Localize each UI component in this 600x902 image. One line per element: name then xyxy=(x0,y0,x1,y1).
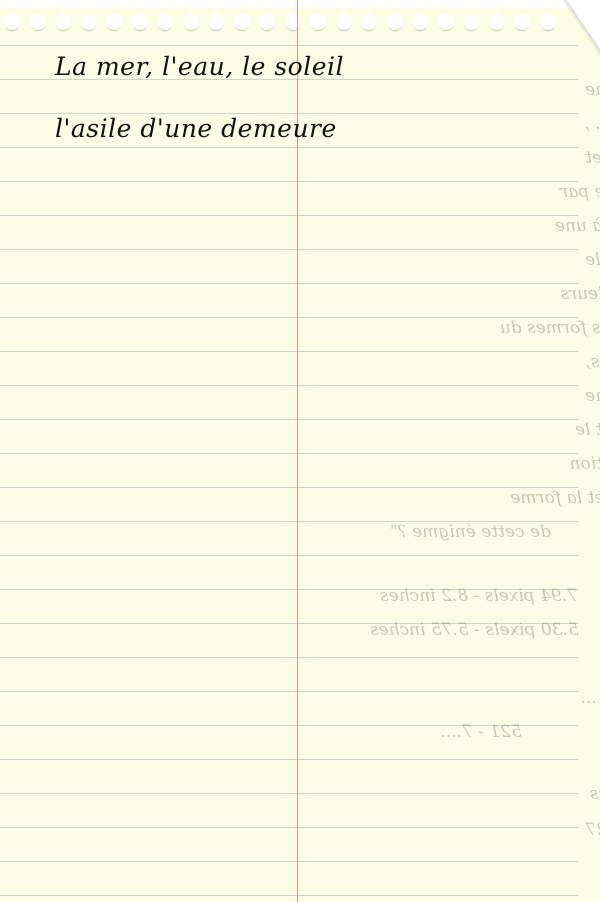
rule-line xyxy=(0,147,578,148)
perforation-hole xyxy=(540,14,556,30)
rule-line xyxy=(0,283,578,284)
perforation-hole xyxy=(387,14,403,30)
perforation-hole xyxy=(259,14,275,30)
notepad-page: " Quand Marx a donné à comprendre, selon… xyxy=(0,0,600,902)
rule-line xyxy=(0,827,578,828)
perforation-hole xyxy=(285,14,301,30)
perforation-hole xyxy=(310,14,326,30)
bleed-through-line: de cette énigme ?" xyxy=(390,522,551,542)
rule-line xyxy=(0,895,578,896)
rule-line xyxy=(0,419,578,420)
rule-line xyxy=(0,453,578,454)
rule-line xyxy=(0,487,578,488)
bleed-through-line: pouvoir, la chose dont de nous, qui, à n… xyxy=(585,352,600,372)
rule-line xyxy=(0,249,578,250)
bleed-through-line: fond de l'histoire, le vertige d'explora… xyxy=(570,454,600,474)
rule-line xyxy=(0,657,578,658)
perforation-hole xyxy=(157,14,173,30)
bleed-through-line: " Quand Marx a donné à comprendre, selon… xyxy=(585,80,600,100)
perforated-edge xyxy=(0,0,600,30)
rule-line xyxy=(0,691,578,692)
bleed-through-line: elle-même, justement aujourd'hui, à une xyxy=(555,216,600,236)
bleed-through-line: interprétation qui a ... , xyxy=(585,114,600,134)
bleed-through-line: Chérie Cross xyxy=(590,784,600,804)
perforation-hole xyxy=(81,14,97,30)
perforation-hole xyxy=(361,14,377,30)
bleed-through-line: 7.94 pixels - 8.2 inches xyxy=(380,586,578,606)
perforation-hole xyxy=(336,14,352,30)
rule-line xyxy=(0,45,578,46)
bleed-through-line: chose qui n'a commencé, aussi proche qu'… xyxy=(585,250,600,270)
bleed-through-line: la plus haute le fond du ... et le xyxy=(575,420,600,440)
rule-line xyxy=(0,861,578,862)
bleed-through-line: à cause de cela, à ... de la marche xyxy=(585,386,600,406)
perforation-hole xyxy=(234,14,250,30)
perforation-hole xyxy=(208,14,224,30)
bleed-through-line: 5.30 pixels - 5.75 inches xyxy=(370,620,579,640)
handwritten-line-2: l'asile d'une demeure xyxy=(55,114,337,143)
perforation-hole xyxy=(106,14,122,30)
rule-line xyxy=(0,759,578,760)
rule-line xyxy=(0,793,578,794)
perforation-hole xyxy=(463,14,479,30)
handwritten-line-1: La mer, l'eau, le soleil xyxy=(55,52,344,81)
rule-line xyxy=(0,317,578,318)
bleed-through-line: 521 - 7.... xyxy=(440,722,521,742)
bleed-through-line: 216 - 961 - 0027 xyxy=(585,820,600,840)
perforation-hole xyxy=(132,14,148,30)
bleed-through-line: de l'histoire et de toutes les formes du xyxy=(500,318,600,338)
rule-line xyxy=(0,215,578,216)
rule-line xyxy=(0,181,578,182)
rule-line xyxy=(0,351,578,352)
bleed-through-line: dialectique historique, amenait comme pa… xyxy=(560,182,600,202)
perforation-hole xyxy=(55,14,71,30)
perforation-hole xyxy=(438,14,454,30)
bleed-through-line: se peut de nous, prise de toute les vale… xyxy=(560,284,600,304)
perforation-hole xyxy=(412,14,428,30)
perforation-hole xyxy=(4,14,20,30)
perforation-hole xyxy=(30,14,46,30)
rule-line xyxy=(0,555,578,556)
bleed-through-line: qui a saisi le monde, permet la forme xyxy=(510,488,600,508)
bleed-through-line: que l'histoire, la vieille, pensée et xyxy=(585,148,600,168)
rule-line xyxy=(0,385,578,386)
bleed-through-line: Turn of the Page Poetry Net ... xyxy=(580,688,600,708)
perforation-hole xyxy=(514,14,530,30)
perforation-hole xyxy=(183,14,199,30)
perforation-hole xyxy=(489,14,505,30)
